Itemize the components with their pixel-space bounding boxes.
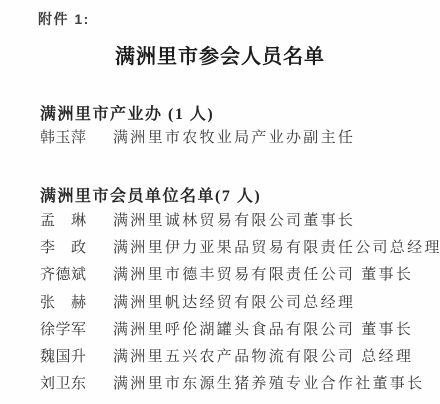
participant-row: 韩玉萍满洲里市农牧业局产业办副主任 xyxy=(40,125,430,152)
participant-name: 李 政 xyxy=(40,235,113,262)
participant-name: 韩玉萍 xyxy=(40,125,113,152)
participant-row: 刘卫东满洲里市东源生猪养殖专业合作社董事长 xyxy=(40,371,430,398)
participant-role: 满洲里市东源生猪养殖专业合作社董事长 xyxy=(113,376,424,392)
participant-row: 徐学军满洲里呼伦湖罐头食品有限公司 董事长 xyxy=(40,317,430,344)
document-page: 附件 1: 满洲里市参会人员名单 满洲里市产业办 (1 人) 韩玉萍满洲里市农牧… xyxy=(0,0,440,404)
attachment-label: 附件 1: xyxy=(38,9,90,29)
participant-role: 满洲里呼伦湖罐头食品有限公司 董事长 xyxy=(113,322,413,338)
participant-name: 齐德斌 xyxy=(40,262,113,289)
participant-name: 徐学军 xyxy=(40,317,113,344)
participant-name: 刘卫东 xyxy=(40,371,113,398)
participant-row: 齐德斌满洲里市德丰贸易有限责任公司 董事长 xyxy=(40,262,430,289)
participant-row: 魏国升满洲里五兴农产品物流有限公司 总经理 xyxy=(40,344,430,371)
participant-name: 张 赫 xyxy=(40,290,113,317)
page-title: 满洲里市参会人员名单 xyxy=(0,40,440,69)
section-industry-office-rows: 韩玉萍满洲里市农牧业局产业办副主任 xyxy=(40,125,430,152)
participant-row: 李 政满洲里伊力亚果品贸易有限责任公司总经理 xyxy=(40,235,430,262)
participant-name: 魏国升 xyxy=(40,344,113,371)
participant-row: 孟 琳满洲里诚林贸易有限公司董事长 xyxy=(40,208,430,235)
participant-row: 张 赫满洲里帆达经贸有限公司总经理 xyxy=(40,290,430,317)
participant-role: 满洲里帆达经贸有限公司总经理 xyxy=(113,295,355,311)
participant-role: 满洲里伊力亚果品贸易有限责任公司总经理 xyxy=(113,240,440,256)
participant-role: 满洲里市农牧业局产业办副主任 xyxy=(113,130,355,146)
participant-role: 满洲里诚林贸易有限公司董事长 xyxy=(113,213,355,229)
participant-role: 满洲里五兴农产品物流有限公司 总经理 xyxy=(113,349,413,365)
participant-name: 孟 琳 xyxy=(40,208,113,235)
section-heading-member-units: 满洲里市会员单位名单(7 人) xyxy=(40,183,430,206)
section-member-units-rows: 孟 琳满洲里诚林贸易有限公司董事长 李 政满洲里伊力亚果品贸易有限责任公司总经理… xyxy=(40,208,430,398)
section-heading-industry-office: 满洲里市产业办 (1 人) xyxy=(40,101,430,124)
participant-role: 满洲里市德丰贸易有限责任公司 董事长 xyxy=(113,267,413,283)
